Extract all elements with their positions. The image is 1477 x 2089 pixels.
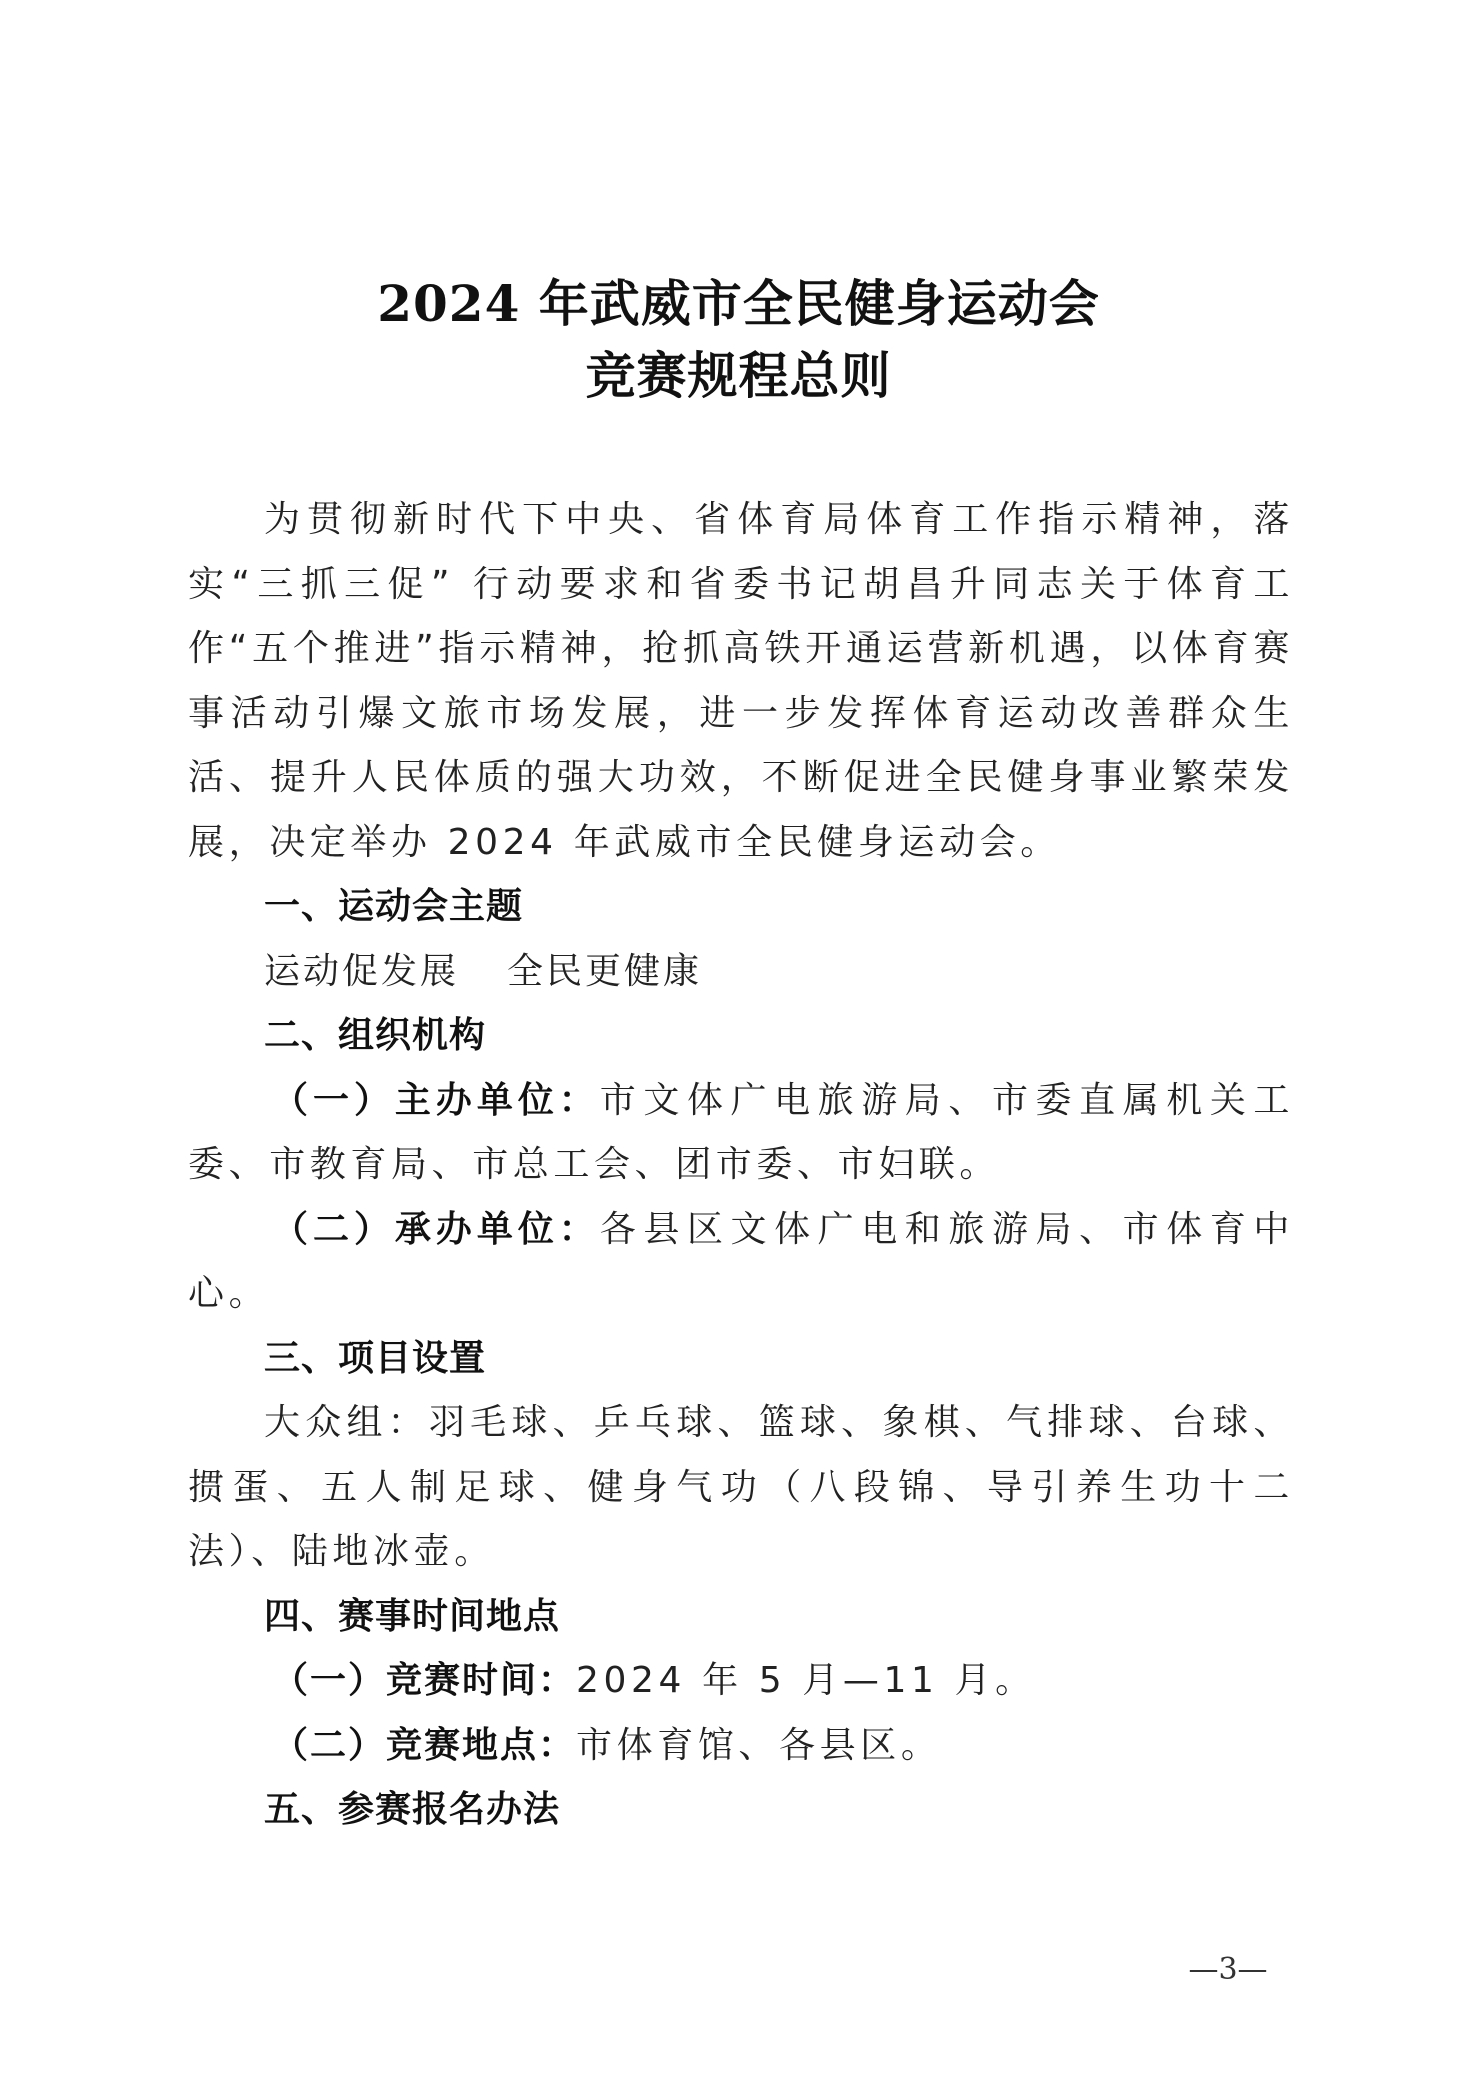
events-paragraph: 大众组：羽毛球、乒乓球、篮球、象棋、气排球、台球、掼蛋、五人制足球、健身气功（八…: [188, 1391, 1294, 1585]
title-line-1: 2024 年武威市全民健身运动会: [0, 268, 1477, 340]
organizer-host-label: （一）主办单位：: [272, 1080, 600, 1121]
page-number: —3—: [1183, 1952, 1273, 1987]
competition-time-text: 2024 年 5 月—11 月。: [576, 1660, 1036, 1701]
theme-part-2: 全民更健康: [507, 951, 702, 992]
title-line-2: 竞赛规程总则: [0, 340, 1477, 412]
intro-paragraph: 为贯彻新时代下中央、省体育局体育工作指示精神，落实“三抓三促” 行动要求和省委书…: [188, 488, 1294, 875]
competition-location: （二）竞赛地点：市体育馆、各县区。: [188, 1714, 1294, 1779]
organizer-undertaker-label: （二）承办单位：: [272, 1209, 600, 1250]
section-heading-registration: 五、参赛报名办法: [188, 1778, 1294, 1843]
competition-time: （一）竞赛时间：2024 年 5 月—11 月。: [188, 1649, 1294, 1714]
document-page: 2024 年武威市全民健身运动会 竞赛规程总则 为贯彻新时代下中央、省体育局体育…: [0, 0, 1477, 2089]
theme-slogan: 运动促发展全民更健康: [188, 940, 1294, 1005]
theme-part-1: 运动促发展: [264, 951, 459, 992]
section-heading-theme: 一、运动会主题: [188, 875, 1294, 940]
competition-time-label: （一）竞赛时间：: [272, 1660, 576, 1701]
document-body: 为贯彻新时代下中央、省体育局体育工作指示精神，落实“三抓三促” 行动要求和省委书…: [188, 488, 1294, 1843]
section-heading-time-location: 四、赛事时间地点: [188, 1585, 1294, 1650]
organizer-undertaker: （二）承办单位：各县区文体广电和旅游局、市体育中心。: [188, 1198, 1294, 1327]
competition-location-text: 市体育馆、各县区。: [576, 1725, 941, 1766]
competition-location-label: （二）竞赛地点：: [272, 1725, 576, 1766]
section-heading-events: 三、项目设置: [188, 1327, 1294, 1392]
document-title: 2024 年武威市全民健身运动会 竞赛规程总则: [0, 268, 1477, 412]
organizer-host: （一）主办单位：市文体广电旅游局、市委直属机关工委、市教育局、市总工会、团市委、…: [188, 1069, 1294, 1198]
section-heading-organization: 二、组织机构: [188, 1004, 1294, 1069]
